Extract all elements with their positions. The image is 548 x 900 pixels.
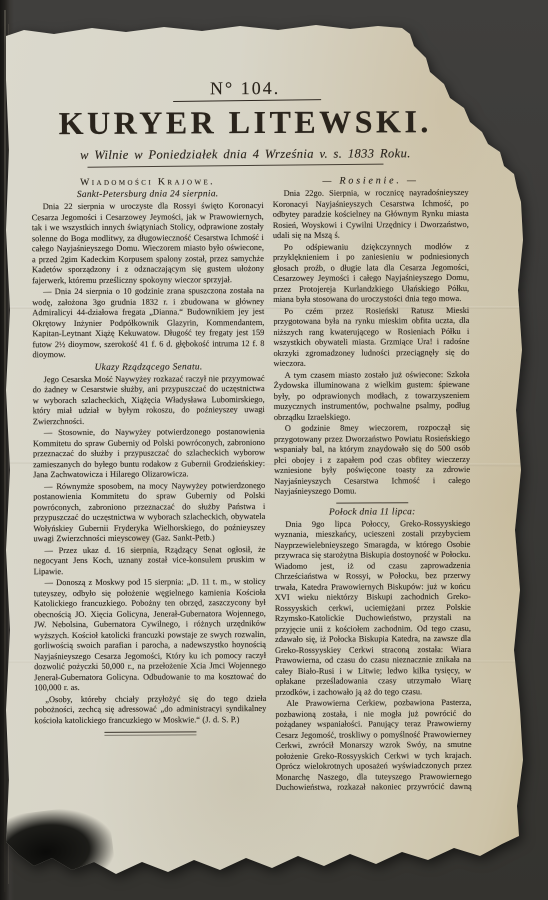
newspaper-title: KURYER LITEWSKI. <box>16 103 474 142</box>
paragraph: Po czém przez Rosieński Ratusz Mieski pr… <box>273 305 469 369</box>
issue-number: N° 104. <box>16 77 474 100</box>
masthead: N° 104. KURYER LITEWSKI. w Wilnie w Poni… <box>4 19 523 168</box>
issue-number-rule <box>173 99 321 102</box>
paragraph: „Osoby, któreby chciały przyłożyć się do… <box>34 693 266 726</box>
page-content: N° 104. KURYER LITEWSKI. w Wilnie w Poni… <box>4 19 527 890</box>
dateline: w Wilnie w Poniedziałek dnia 4 Września … <box>16 146 474 163</box>
article-columns: Wiadomości Krajowe. Sankt-Petersburg dni… <box>4 165 525 795</box>
torn-corner-shadow <box>0 803 116 883</box>
paragraph: A tym czasem miasto zostało już oświecon… <box>274 369 470 423</box>
paragraph: — Stosownie, do Naywyżey potwierdzonego … <box>33 427 265 481</box>
paragraph: — Równymże sposobem, na mocy Naywyżey po… <box>33 480 265 544</box>
paragraph: Dnia 9go lipca Połoccy, Greko-Rossyyskie… <box>274 518 471 698</box>
subheader-petersburg: Sankt-Petersburg dnia 24 sierpnia. <box>32 189 264 200</box>
paragraph: — Dnia 24 sierpnia o 10 godzinie zrana s… <box>32 286 264 361</box>
paragraph: Dnia 22 sierpnia w uroczyste dla Rossyi … <box>32 201 264 286</box>
paragraph: Po odśpiewaniu dziękczynnych modłów z pr… <box>273 241 469 305</box>
paragraph: O godzinie 8mey wieczorem, rozpoczął się… <box>274 423 470 498</box>
right-column: — Rosienie. — Dnia 22go. Sierpnia, w roc… <box>273 174 472 793</box>
left-column: Wiadomości Krajowe. Sankt-Petersburg dni… <box>32 175 267 794</box>
paragraph: — Donoszą z Moskwy pod 15 sierpnia: „D. … <box>34 577 267 694</box>
paragraph: Jego Cesarska Mość Naywyżey rozkazać rac… <box>33 374 265 428</box>
subheader-ukazy: Ukazy Rządzącego Senatu. <box>33 362 265 373</box>
scan-background: N° 104. KURYER LITEWSKI. w Wilnie w Poni… <box>0 0 548 900</box>
paragraph: — Przez ukaz d. 16 sierpnia, Rządzący Se… <box>33 544 265 577</box>
section-header-rosienie: — Rosienie. — <box>273 175 469 187</box>
section-end-rule <box>104 731 196 735</box>
paragraph: Dnia 22go. Sierpnia, w rocznicę nayradoś… <box>273 188 469 242</box>
paragraph: Ale Prawowierna Cerkiew, pozbawiona Past… <box>275 698 471 793</box>
subheader-polock: Połock dnia 11 lipca: <box>274 506 470 517</box>
section-header-wiadomosci: Wiadomości Krajowe. <box>32 176 264 188</box>
newspaper-page: N° 104. KURYER LITEWSKI. w Wilnie w Poni… <box>6 20 524 888</box>
section-divider-rule <box>336 502 408 503</box>
